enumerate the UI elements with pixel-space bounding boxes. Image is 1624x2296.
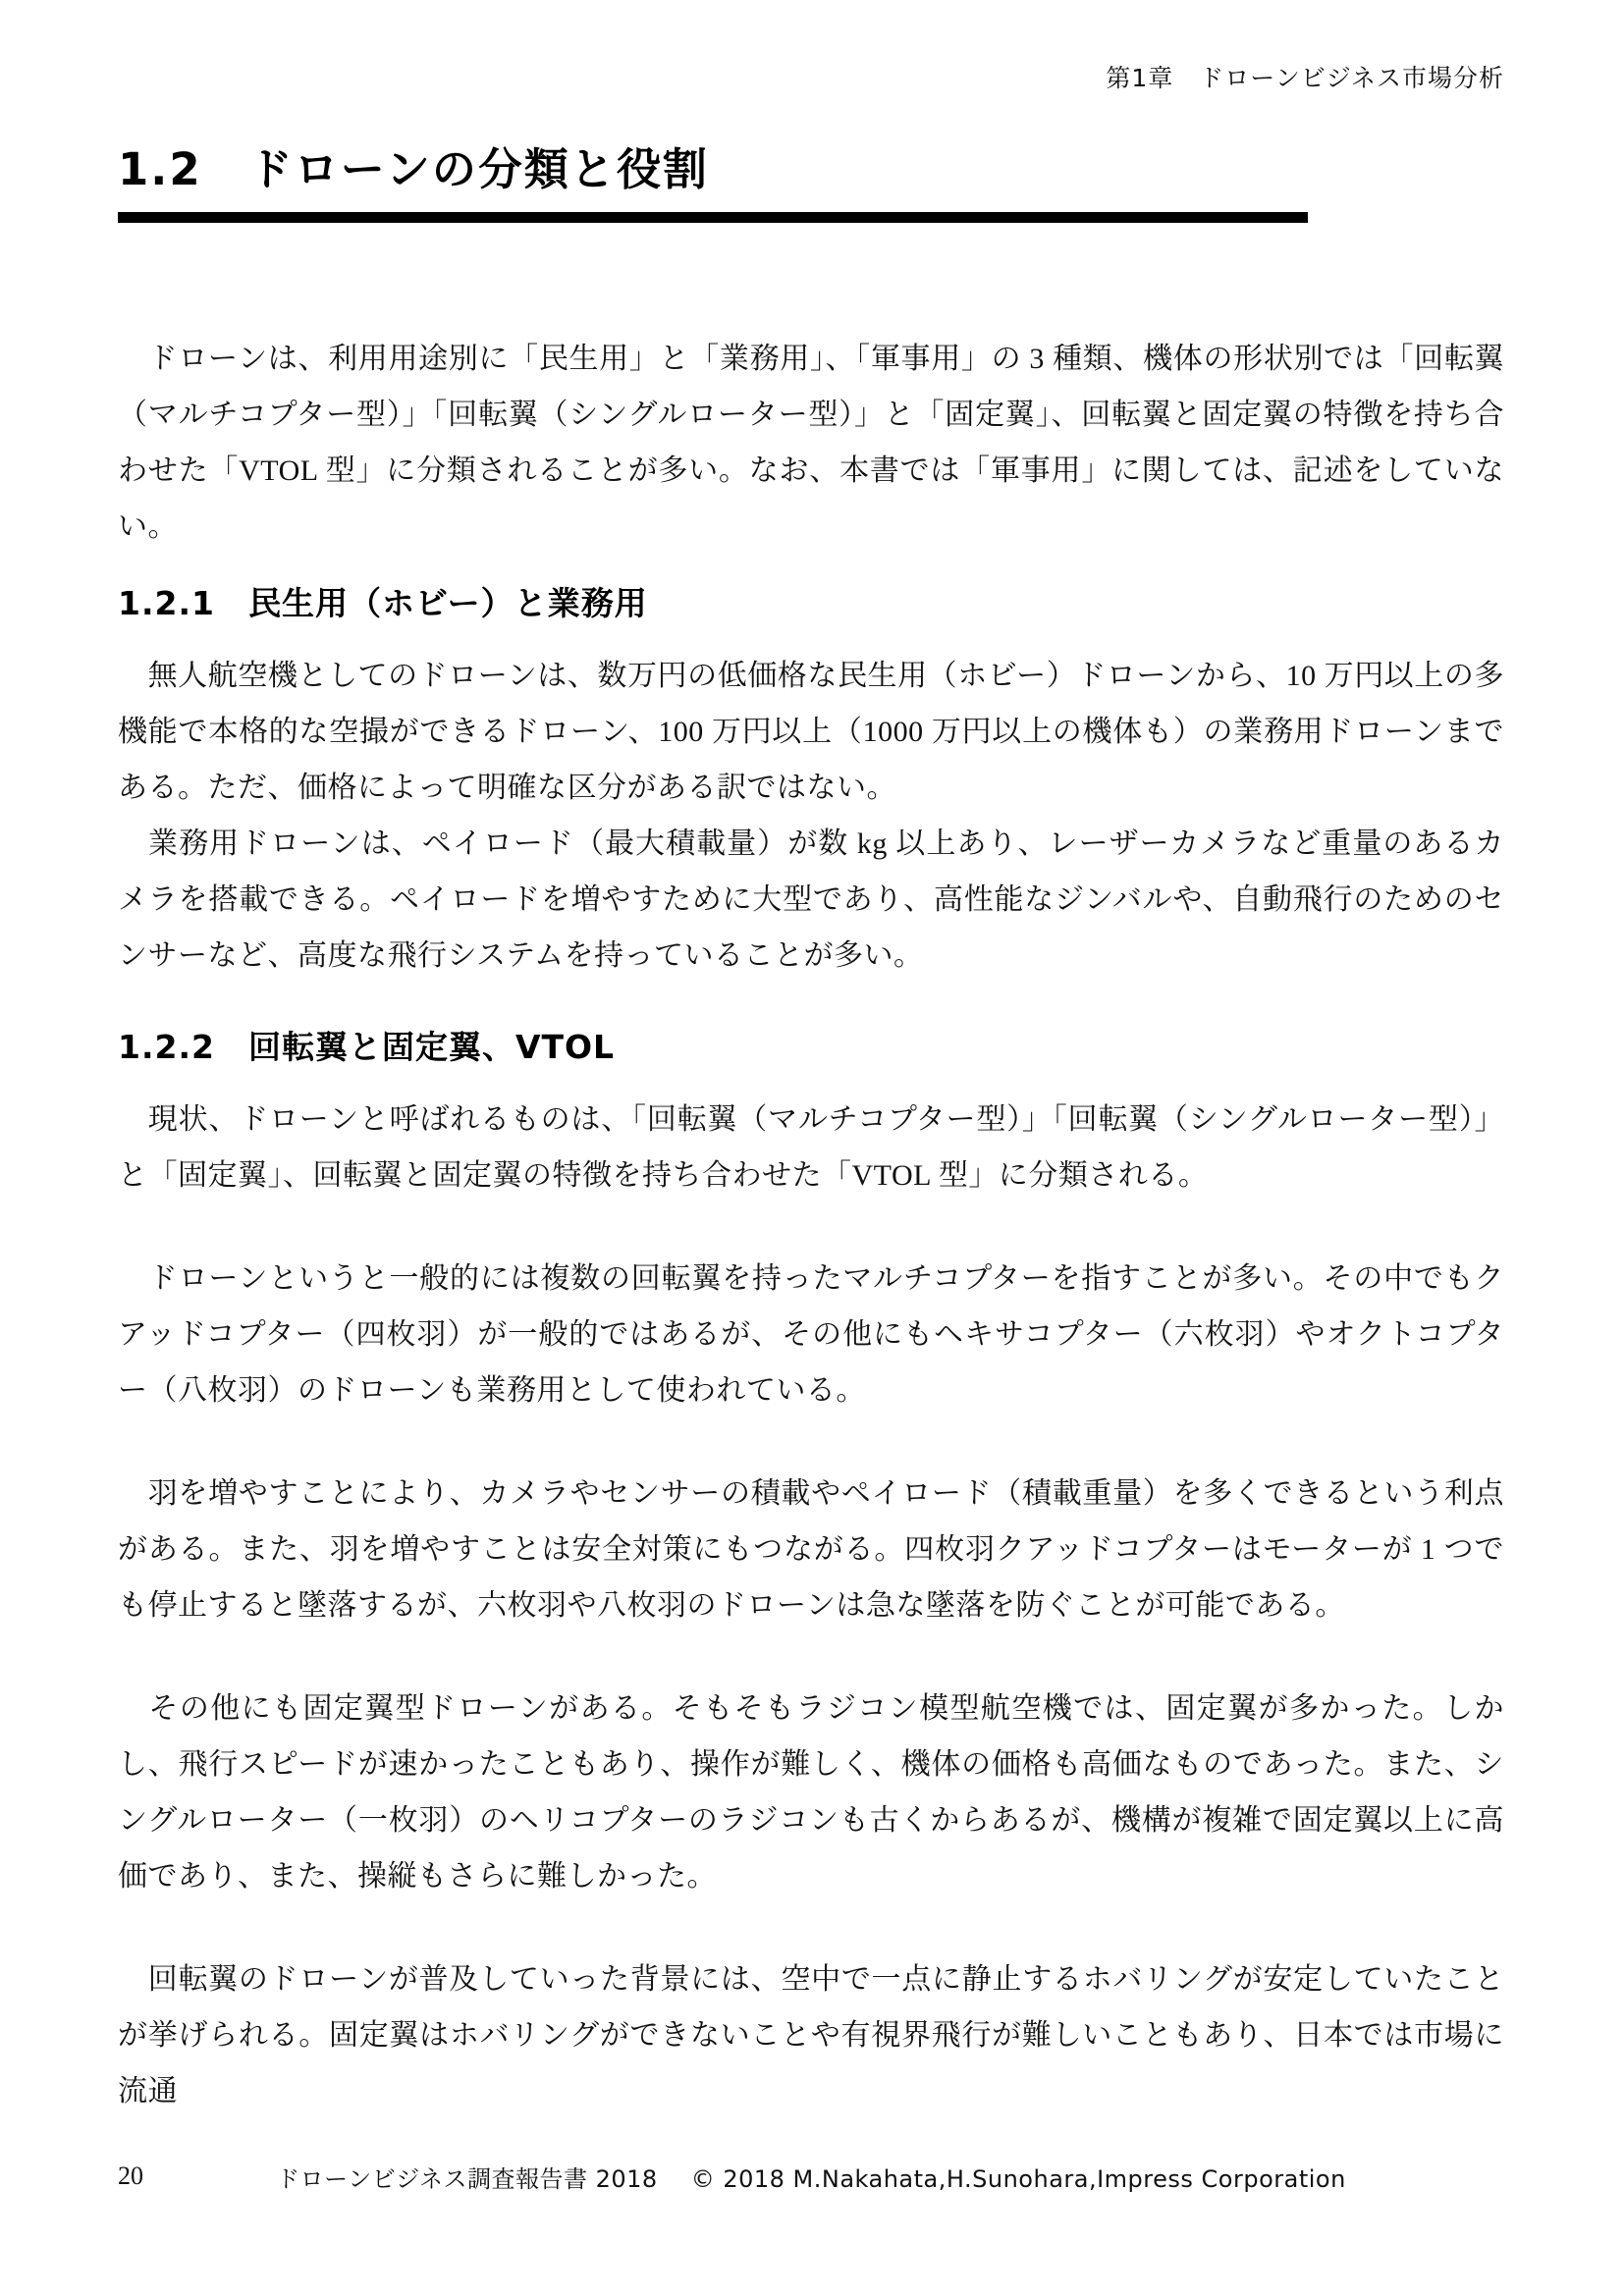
footer-text: ドローンビジネス調査報告書 2018© 2018 M.Nakahata,H.Su…	[118, 2160, 1504, 2194]
footer-book-title: ドローンビジネス調査報告書 2018	[276, 2165, 658, 2193]
page-footer: 20 ドローンビジネス調査報告書 2018© 2018 M.Nakahata,H…	[118, 2160, 1504, 2199]
paragraph: 羽を増やすことにより、カメラやセンサーの積載やペイロード（積載重量）を多くできる…	[118, 1466, 1504, 1633]
document-page: 第1章 ドローンビジネス市場分析 1.2 ドローンの分類と役割 ドローンは、利用…	[0, 0, 1624, 2296]
page-content: 1.2 ドローンの分類と役割 ドローンは、利用用途別に「民生用」と「業務用」、「…	[0, 143, 1624, 2119]
paragraph: 無人航空機としてのドローンは、数万円の低価格な民生用（ホビー）ドローンから、10…	[118, 648, 1504, 816]
paragraph: 現状、ドローンと呼ばれるものは、「回転翼（マルチコプター型）」「回転翼（シングル…	[118, 1092, 1504, 1203]
footer-copyright: © 2018 M.Nakahata,H.Sunohara,Impress Cor…	[691, 2165, 1346, 2193]
page-title: 1.2 ドローンの分類と役割	[118, 143, 1504, 196]
page-number: 20	[118, 2162, 143, 2191]
paragraph: その他にも固定翼型ドローンがある。そもそもラジコン模型航空機では、固定翼が多かっ…	[118, 1681, 1504, 1904]
paragraph: ドローンというと一般的には複数の回転翼を持ったマルチコプターを指すことが多い。そ…	[118, 1251, 1504, 1418]
paragraph: 回転翼のドローンが普及していった背景には、空中で一点に静止するホバリングが安定し…	[118, 1951, 1504, 2119]
subsection-heading-1-2-1: 1.2.1 民生用（ホビー）と業務用	[118, 584, 1504, 623]
subsection-heading-1-2-2: 1.2.2 回転翼と固定翼、VTOL	[118, 1028, 1504, 1067]
title-underline-rule	[118, 212, 1308, 223]
intro-paragraph: ドローンは、利用用途別に「民生用」と「業務用」、「軍事用」の 3 種類、機体の形…	[118, 331, 1504, 555]
running-header-chapter: 第1章 ドローンビジネス市場分析	[1106, 59, 1504, 94]
paragraph: 業務用ドローンは、ペイロード（最大積載量）が数 kg 以上あり、レーザーカメラな…	[118, 816, 1504, 984]
